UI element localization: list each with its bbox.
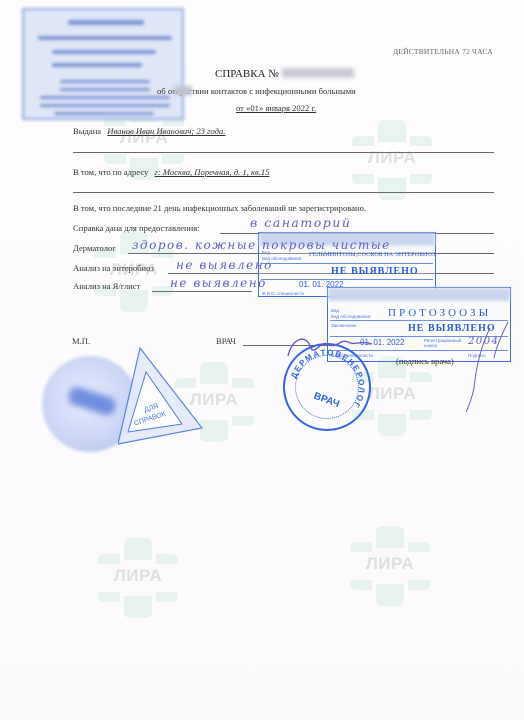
watermark-text: ЛИРА (98, 566, 178, 586)
dermatologist-label: Дерматолог (73, 243, 116, 253)
document-date: от «01» января 2022 г. (236, 103, 316, 113)
clinic-header-stamp (22, 8, 184, 120)
validity-note: ДЕЙСТВИТЕЛЬНА 72 ЧАСА (393, 47, 493, 56)
triangle-stamp: ДЛЯ СПРАВОК (118, 344, 228, 454)
stamp-exam-type: ГЕЛЬМИНТОЗЫ,СОСКОБ НА ЭНТЕРОБИОЗ (309, 251, 435, 258)
issued-to-label: Выдана (73, 126, 101, 136)
enterobiasis-label: Анализ на энтеробиоз (73, 263, 154, 273)
helminth-line (152, 291, 252, 292)
seal-label: М.П. (72, 336, 90, 346)
divider (73, 152, 494, 153)
handwritten-purpose: в санаторий (250, 215, 351, 230)
document-number-redacted (282, 68, 354, 78)
doctor-signature (280, 318, 520, 418)
watermark-logo: ЛИРА (350, 526, 430, 606)
handwritten-enterobiasis: не выявлено (176, 258, 273, 272)
purpose-label: Справка дана для предоставления: (73, 223, 200, 233)
subtitle-redaction (174, 86, 192, 95)
statement: В том, что последние 21 день инфекционны… (73, 203, 366, 213)
divider (73, 192, 494, 193)
handwritten-dermatologist: здоров. кожные покровы чистые (132, 238, 391, 252)
issued-to-value: Иванов Иван Иванович; 23 года. (107, 126, 225, 136)
address-label: В том, что по адресу (73, 167, 148, 177)
handwritten-helminth: не выявлено (170, 276, 267, 290)
watermark-logo: ЛИРА (98, 538, 178, 618)
stamp-result: НЕ ВЫЯВЛЕНО (331, 266, 419, 277)
watermark-text: ЛИРА (352, 148, 432, 168)
watermark-text: ЛИРА (350, 554, 430, 574)
watermark-logo: ЛИРА (352, 120, 432, 200)
address-value: г: Москва, Поречная, д. 1, кв.15 (155, 167, 270, 177)
document-page: ЛИРА ЛИРА ЛИРА ЛИРА ЛИРА (0, 0, 524, 720)
issued-to-row: Выдана Иванов Иван Иванович; 23 года. (73, 126, 225, 136)
document-title: СПРАВКА № (215, 68, 279, 80)
helminth-label: Анализ на Я/глист (73, 281, 140, 291)
address-row: В том, что по адресу г: Москва, Поречная… (73, 167, 270, 177)
